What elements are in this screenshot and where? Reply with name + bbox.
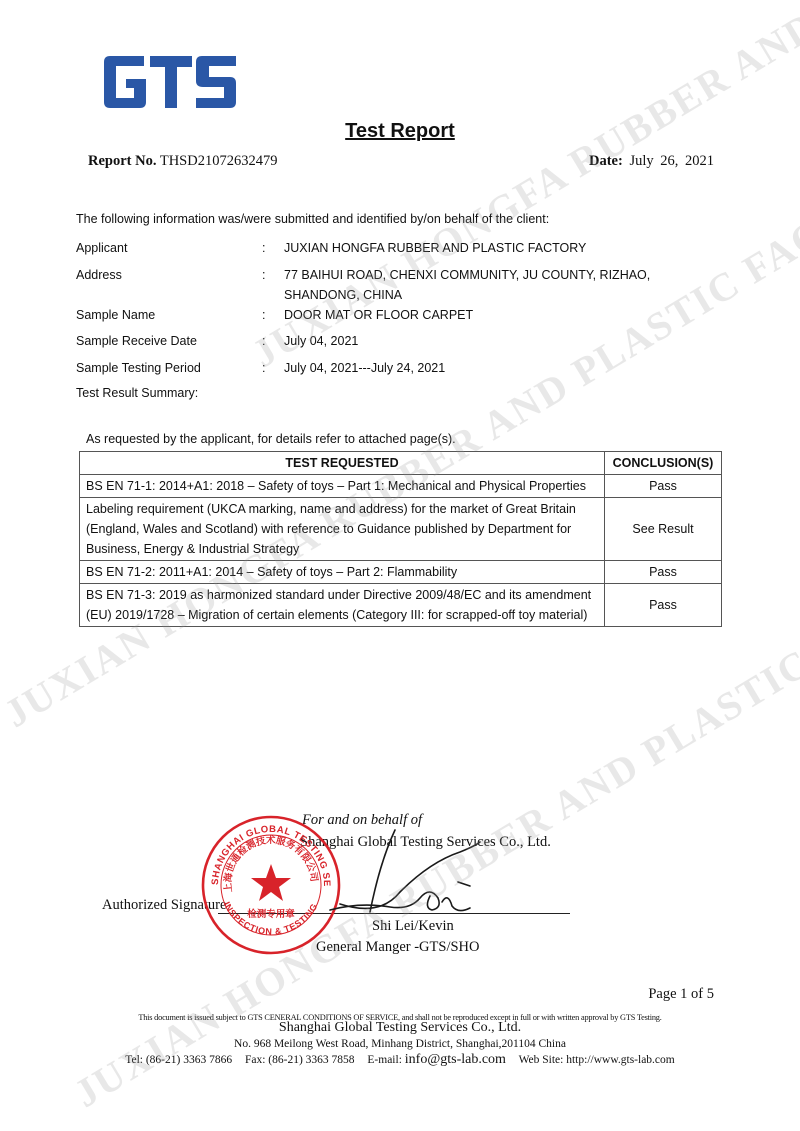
field-colon: :	[262, 358, 284, 378]
info-row-applicant: Applicant : JUXIAN HONGFA RUBBER AND PLA…	[76, 238, 736, 258]
field-label: Sample Testing Period	[76, 358, 262, 378]
gts-logo	[100, 54, 240, 110]
summary-heading: Test Result Summary:	[76, 386, 198, 400]
field-label: Sample Receive Date	[76, 331, 262, 351]
field-colon: :	[262, 238, 284, 258]
handwritten-signature	[320, 822, 520, 922]
footer-website[interactable]: Web Site: http://www.gts-lab.com	[519, 1054, 675, 1066]
report-number-value: THSD21072632479	[160, 153, 278, 169]
info-row-testing-period: Sample Testing Period : July 04, 2021---…	[76, 358, 736, 378]
client-info-intro: The following information was/were submi…	[76, 212, 549, 226]
footer-company: Shanghai Global Testing Services Co., Lt…	[0, 1020, 800, 1036]
field-label: Sample Name	[76, 305, 262, 325]
footer-tel: Tel: (86-21) 3363 7866	[125, 1054, 232, 1066]
page-indicator: Page 1 of 5	[648, 986, 714, 1003]
field-value: July 04, 2021	[284, 331, 736, 351]
footer-email-link[interactable]: info@gts-lab.com	[405, 1052, 506, 1067]
address-line-1: 77 BAIHUI ROAD, CHENXI COMMUNITY, JU COU…	[284, 268, 650, 282]
table-row: Labeling requirement (UKCA marking, name…	[80, 498, 722, 561]
footer-address: No. 968 Meilong West Road, Minhang Distr…	[0, 1038, 800, 1050]
conclusion-cell: Pass	[605, 475, 722, 498]
report-number: Report No. THSD21072632479	[88, 153, 277, 170]
test-cell: BS EN 71-3: 2019 as harmonized standard …	[80, 584, 605, 627]
field-value: July 04, 2021---July 24, 2021	[284, 358, 736, 378]
field-colon: :	[262, 331, 284, 351]
test-cell: BS EN 71-1: 2014+A1: 2018 – Safety of to…	[80, 475, 605, 498]
date-label: Date:	[589, 153, 623, 169]
conclusion-cell: Pass	[605, 561, 722, 584]
table-row: BS EN 71-2: 2011+A1: 2014 – Safety of to…	[80, 561, 722, 584]
test-cell: BS EN 71-2: 2011+A1: 2014 – Safety of to…	[80, 561, 605, 584]
field-value: 77 BAIHUI ROAD, CHENXI COMMUNITY, JU COU…	[284, 265, 736, 305]
page-title: Test Report	[0, 120, 800, 143]
table-row: BS EN 71-3: 2019 as harmonized standard …	[80, 584, 722, 627]
conclusion-cell: See Result	[605, 498, 722, 561]
info-row-receive-date: Sample Receive Date : July 04, 2021	[76, 331, 736, 351]
results-table: TEST REQUESTED CONCLUSION(S) BS EN 71-1:…	[79, 451, 722, 627]
field-label: Applicant	[76, 238, 262, 258]
client-info-list: Applicant : JUXIAN HONGFA RUBBER AND PLA…	[76, 238, 736, 384]
conclusion-cell: Pass	[605, 584, 722, 627]
info-row-address: Address : 77 BAIHUI ROAD, CHENXI COMMUNI…	[76, 265, 736, 305]
report-number-label: Report No.	[88, 153, 156, 169]
table-header-row: TEST REQUESTED CONCLUSION(S)	[80, 452, 722, 475]
test-cell: Labeling requirement (UKCA marking, name…	[80, 498, 605, 561]
field-value: DOOR MAT OR FLOOR CARPET	[284, 305, 736, 325]
date-value: July 26, 2021	[629, 153, 714, 169]
info-row-sample-name: Sample Name : DOOR MAT OR FLOOR CARPET	[76, 305, 736, 325]
column-header-conclusion: CONCLUSION(S)	[605, 452, 722, 475]
column-header-test: TEST REQUESTED	[80, 452, 605, 475]
table-row: BS EN 71-1: 2014+A1: 2018 – Safety of to…	[80, 475, 722, 498]
report-date: Date: July 26, 2021	[589, 153, 714, 170]
field-colon: :	[262, 305, 284, 325]
summary-note: As requested by the applicant, for detai…	[86, 432, 456, 446]
footer-email-label: E-mail:	[367, 1054, 402, 1066]
address-line-2: SHANDONG, CHINA	[284, 288, 402, 302]
field-value: JUXIAN HONGFA RUBBER AND PLASTIC FACTORY	[284, 238, 736, 258]
footer-contact: Tel: (86-21) 3363 7866 Fax: (86-21) 3363…	[0, 1052, 800, 1068]
field-colon: :	[262, 265, 284, 305]
field-label: Address	[76, 265, 262, 305]
footer-fax: Fax: (86-21) 3363 7858	[245, 1054, 355, 1066]
stamp-center-text: 检测专用章	[247, 908, 295, 920]
